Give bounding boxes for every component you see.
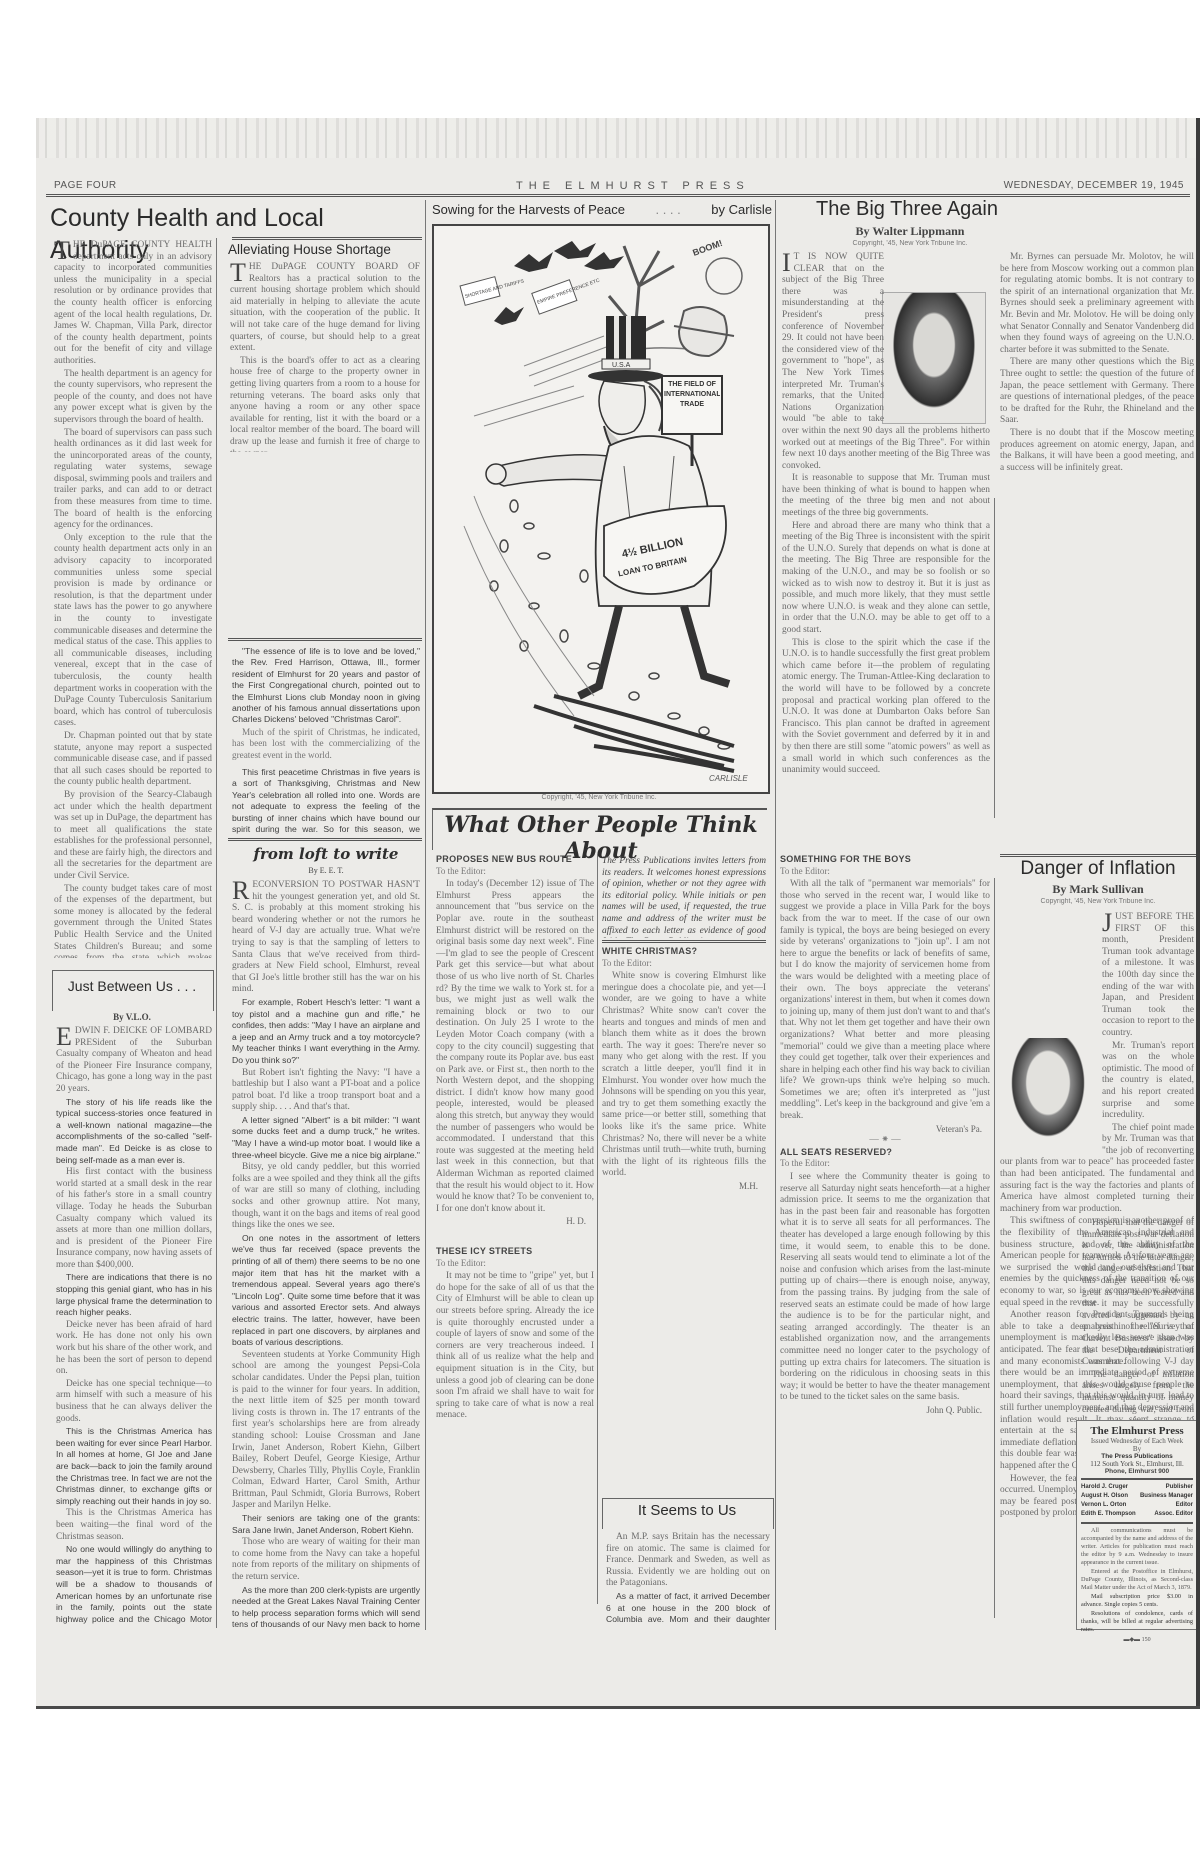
just-between-us-headline: Just Between Us . . . (52, 978, 212, 994)
column-divider (425, 200, 426, 1630)
svg-text:U.S.A: U.S.A (612, 362, 631, 369)
column-divider (994, 878, 995, 1618)
masthead-notes: All communications must be accompanied b… (1077, 1527, 1197, 1634)
just-between-us-article: EDWIN F. DEICKE OF LOMBARD PRESident of … (56, 1026, 212, 1626)
letter-title: SOMETHING FOR THE BOYS (780, 854, 990, 866)
letters-column-2: WHITE CHRISTMAS? To the Editor: White sn… (602, 946, 766, 1476)
newspaper-page: PAGE FOUR THE ELMHURST PRESS WEDNESDAY, … (36, 118, 1200, 1706)
big-three-article-continued: Mr. Byrnes can persuade Mr. Molotov, he … (1000, 252, 1194, 852)
house-shortage-headline: Alleviating House Shortage (228, 242, 422, 257)
county-health-article: THE DuPAGE COUNTY HEALTH department acts… (54, 240, 212, 958)
left-to-write-article: RECONVERSION TO POSTWAR HASN'T hit the y… (232, 880, 420, 1630)
svg-text:BOOM!: BOOM! (691, 238, 724, 258)
cartoon-artist: by Carlisle (711, 202, 772, 217)
column-divider (597, 854, 598, 1604)
rule (232, 237, 422, 240)
top-rule (46, 194, 1190, 197)
letter-title: PROPOSES NEW BUS ROUTE (436, 854, 594, 866)
rule (602, 940, 766, 943)
byline: By Mark Sullivan (1000, 882, 1196, 897)
masthead-box: The Elmhurst Press Issued Wednesday of E… (1076, 1420, 1198, 1630)
editorial-cartoon: SHORTAGE AND TARIFFS EMPIRE PREFERENCE E… (432, 224, 770, 794)
page-edge (1196, 118, 1200, 1706)
uncle-sam-sowing-illustration: SHORTAGE AND TARIFFS EMPIRE PREFERENCE E… (434, 226, 768, 792)
christmas-editorial: "The essence of life is to love and be l… (232, 646, 420, 836)
letters-policy-note: The Press Publications invites letters f… (602, 856, 766, 938)
union-label: ▬◆▬ 150 (1077, 1636, 1197, 1643)
byline: By V.L.O. (52, 1012, 212, 1022)
cartoon-copyright: Copyright, '45, New York Tribune Inc. (432, 794, 766, 801)
column-divider (775, 200, 776, 1630)
cartoon-title-bar: Sowing for the Harvests of Peace . . . .… (432, 202, 772, 217)
staff-list: Harold J. CrugerPublisher August H. Olso… (1077, 1483, 1197, 1519)
rule (1000, 854, 1196, 857)
page-number: PAGE FOUR (54, 180, 117, 191)
rule (228, 838, 422, 841)
it-seems-headline: It Seems to Us (602, 1502, 772, 1519)
letters-column-1: PROPOSES NEW BUS ROUTE To the Editor: In… (436, 854, 594, 1484)
dropcap: T (54, 240, 70, 262)
issue-date: WEDNESDAY, DECEMBER 19, 1945 (1004, 180, 1184, 191)
copyright: Copyright, '45, New York Tribune Inc. (1000, 898, 1196, 905)
scan-margin (0, 1706, 1200, 1855)
byline: By Walter Lippmann (780, 224, 1040, 239)
inflation-article-end: Hopeful that the danger of immediate pos… (1082, 1218, 1194, 1418)
column-divider (994, 498, 995, 818)
rule (228, 638, 422, 641)
masthead-name: The Elmhurst Press (1077, 1425, 1197, 1437)
inflation-headline: Danger of Inflation (1000, 858, 1196, 880)
letters-column-3: SOMETHING FOR THE BOYS To the Editor: Wi… (780, 854, 990, 1624)
letter-title: THESE ICY STREETS (436, 1246, 594, 1258)
copyright: Copyright, '45, New York Tribune Inc. (780, 240, 1040, 247)
it-seems-article: An M.P. says Britain has the necessary f… (606, 1532, 770, 1628)
house-shortage-article: THE DuPAGE COUNTY BOARD OF Realtors has … (230, 262, 420, 452)
big-three-headline: The Big Three Again (780, 198, 1200, 221)
cartoon-title: Sowing for the Harvests of Peace (432, 202, 625, 217)
letter-title: ALL SEATS RESERVED? (780, 1147, 990, 1159)
svg-text:CARLISLE: CARLISLE (709, 774, 748, 783)
column-divider (216, 238, 217, 1628)
left-to-write-headline: from loft to write (232, 845, 420, 863)
big-three-article: IT IS NOW QUITE CLEAR that on the subjec… (782, 252, 990, 852)
letter-title: WHITE CHRISTMAS? (602, 946, 766, 958)
newspaper-name: THE ELMHURST PRESS (516, 180, 750, 192)
byline: By E. E. T. (232, 866, 420, 875)
